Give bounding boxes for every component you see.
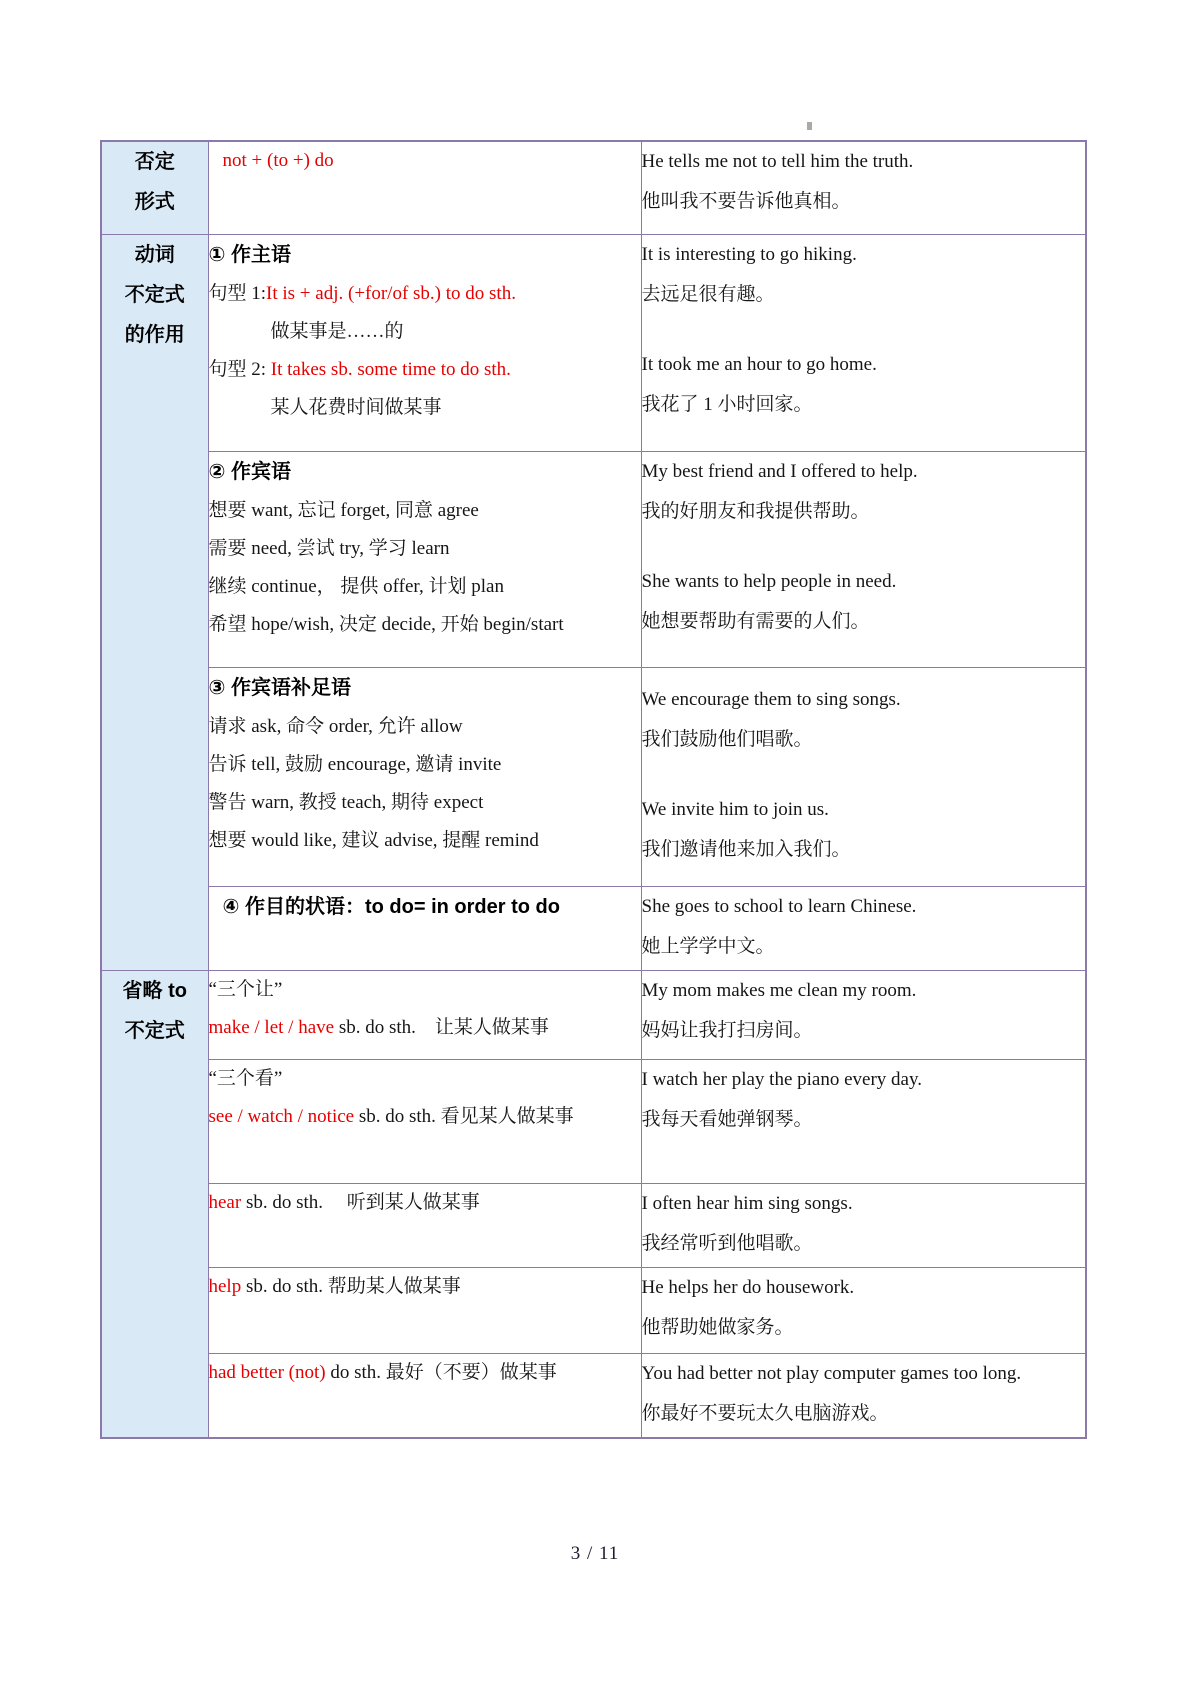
cell-see-watch-notice-examples: I watch her play the piano every day. 我每… <box>641 1059 1086 1183</box>
example-en: I often hear him sing songs. <box>642 1184 1086 1224</box>
section-label-line: 动词 <box>102 235 208 275</box>
pattern-text: It is + adj. (+for/of sb.) to do sth. <box>266 283 516 304</box>
example-gap <box>642 315 1086 345</box>
verb-list-line: 需要 need, 尝试 try, 学习 learn <box>209 530 641 568</box>
row-as-subject: 动词 不定式 的作用 ① 作主语 句型 1:It is + adj. (+for… <box>101 234 1086 451</box>
pattern-rest: sb. do sth. 听到某人做某事 <box>241 1192 480 1213</box>
cell-had-better-pattern: had better (not) do sth. 最好（不要）做某事 <box>208 1353 641 1438</box>
cell-as-object-examples: My best friend and I offered to help. 我的… <box>641 451 1086 667</box>
cell-make-let-have-pattern: “三个让” make / let / have sb. do sth. 让某人做… <box>208 970 641 1059</box>
pattern-meaning: 某人花费时间做某事 <box>209 389 641 427</box>
verb-list-line: 想要 want, 忘记 forget, 同意 agree <box>209 492 641 530</box>
pattern-text: see / watch / notice <box>209 1106 355 1127</box>
example-zh: 她想要帮助有需要的人们。 <box>642 602 1086 642</box>
stray-mark <box>807 122 812 130</box>
example-en: My best friend and I offered to help. <box>642 452 1086 492</box>
negation-pattern-text: not + (to +) do <box>223 150 334 171</box>
row-negation: 否定 形式 not + (to +) do He tells me not to… <box>101 141 1086 234</box>
pattern-text: had better (not) <box>209 1362 326 1383</box>
cell-hear-pattern: hear sb. do sth. 听到某人做某事 <box>208 1183 641 1267</box>
section-label-line: 否定 <box>102 142 208 182</box>
example-zh: 她上学学中文。 <box>642 927 1086 967</box>
pattern-title: “三个看” <box>209 1060 641 1098</box>
section-label-omit-to: 省略 to 不定式 <box>101 970 208 1438</box>
pattern-label: 句型 1: <box>209 283 267 304</box>
section-label-line: 省略 to <box>102 971 208 1011</box>
cell-as-adverbial-examples: She goes to school to learn Chinese. 她上学… <box>641 886 1086 970</box>
pattern-line: see / watch / notice sb. do sth. 看见某人做某事 <box>209 1098 641 1136</box>
usage-heading: ① 作主语 <box>209 235 641 275</box>
cell-as-subject-examples: It is interesting to go hiking. 去远足很有趣。 … <box>641 234 1086 451</box>
verb-list-line: 继续 continue， 提供 offer, 计划 plan <box>209 568 641 606</box>
verb-list-line: 警告 warn, 教授 teach, 期待 expect <box>209 784 641 822</box>
example-zh: 我们邀请他来加入我们。 <box>642 830 1086 870</box>
cell-negation-pattern: not + (to +) do <box>208 141 641 234</box>
pattern-rest: sb. do sth. 帮助某人做某事 <box>241 1276 461 1297</box>
usage-heading: ③ 作宾语补足语 <box>209 668 641 708</box>
cell-hear-examples: I often hear him sing songs. 我经常听到他唱歌。 <box>641 1183 1086 1267</box>
pattern-title: “三个让” <box>209 971 641 1009</box>
pattern-line: hear sb. do sth. 听到某人做某事 <box>209 1184 641 1222</box>
pattern-line: help sb. do sth. 帮助某人做某事 <box>209 1268 641 1306</box>
cell-as-object-complement-verbs: ③ 作宾语补足语 请求 ask, 命令 order, 允许 allow 告诉 t… <box>208 667 641 886</box>
verb-list-line: 请求 ask, 命令 order, 允许 allow <box>209 708 641 746</box>
example-zh: 我经常听到他唱歌。 <box>642 1224 1086 1264</box>
example-en: She goes to school to learn Chinese. <box>642 887 1086 927</box>
example-zh: 我每天看她弹钢琴。 <box>642 1100 1086 1140</box>
example-gap <box>642 760 1086 790</box>
example-gap <box>642 532 1086 562</box>
cell-as-adverbial-pattern: ④ 作目的状语：to do= in order to do <box>208 886 641 970</box>
example-en: She wants to help people in need. <box>642 562 1086 602</box>
example-en: I watch her play the piano every day. <box>642 1060 1086 1100</box>
example-en: We invite him to join us. <box>642 790 1086 830</box>
row-help: help sb. do sth. 帮助某人做某事 He helps her do… <box>101 1267 1086 1353</box>
usage-heading: ④ 作目的状语：to do= in order to do <box>209 887 641 927</box>
pattern-line: had better (not) do sth. 最好（不要）做某事 <box>209 1354 641 1392</box>
example-en: It took me an hour to go home. <box>642 345 1086 385</box>
example-en: You had better not play computer games t… <box>642 1354 1086 1394</box>
example-zh: 我花了 1 小时回家。 <box>642 385 1086 425</box>
example-zh: 我的好朋友和我提供帮助。 <box>642 492 1086 532</box>
row-make-let-have: 省略 to 不定式 “三个让” make / let / have sb. do… <box>101 970 1086 1059</box>
pattern-line: not + (to +) do <box>209 142 641 180</box>
row-as-object-complement: ③ 作宾语补足语 请求 ask, 命令 order, 允许 allow 告诉 t… <box>101 667 1086 886</box>
example-en: It is interesting to go hiking. <box>642 235 1086 275</box>
grammar-table: 否定 形式 not + (to +) do He tells me not to… <box>100 140 1087 1439</box>
row-hear: hear sb. do sth. 听到某人做某事 I often hear hi… <box>101 1183 1086 1267</box>
pattern-label: 句型 2: <box>209 359 271 380</box>
example-zh: 去远足很有趣。 <box>642 275 1086 315</box>
pattern-text: help <box>209 1276 242 1297</box>
pattern-meaning: 做某事是……的 <box>209 313 641 351</box>
example-zh: 他帮助她做家务。 <box>642 1308 1086 1348</box>
example-en: He tells me not to tell him the truth. <box>642 142 1086 182</box>
cell-as-object-verbs: ② 作宾语 想要 want, 忘记 forget, 同意 agree 需要 ne… <box>208 451 641 667</box>
section-label-line: 不定式 <box>102 1011 208 1051</box>
pattern-line: 句型 2: It takes sb. some time to do sth. <box>209 351 641 389</box>
verb-list-line: 希望 hope/wish, 决定 decide, 开始 begin/start <box>209 606 641 644</box>
example-zh: 他叫我不要告诉他真相。 <box>642 182 1086 222</box>
pattern-line: make / let / have sb. do sth. 让某人做某事 <box>209 1009 641 1047</box>
example-en: My mom makes me clean my room. <box>642 971 1086 1011</box>
example-en: We encourage them to sing songs. <box>642 680 1086 720</box>
pattern-rest: do sth. 最好（不要）做某事 <box>326 1362 557 1383</box>
verb-list-line: 想要 would like, 建议 advise, 提醒 remind <box>209 822 641 860</box>
pattern-text: make / let / have <box>209 1017 335 1038</box>
usage-heading: ② 作宾语 <box>209 452 641 492</box>
section-label-verb-infinitive-role: 动词 不定式 的作用 <box>101 234 208 970</box>
section-label-negation: 否定 形式 <box>101 141 208 234</box>
cell-negation-examples: He tells me not to tell him the truth. 他… <box>641 141 1086 234</box>
pattern-rest: sb. do sth. 让某人做某事 <box>334 1017 549 1038</box>
cell-as-object-complement-examples: We encourage them to sing songs. 我们鼓励他们唱… <box>641 667 1086 886</box>
section-label-line: 的作用 <box>102 315 208 355</box>
pattern-text: hear <box>209 1192 242 1213</box>
pattern-line: 句型 1:It is + adj. (+for/of sb.) to do st… <box>209 275 641 313</box>
example-zh: 妈妈让我打扫房间。 <box>642 1011 1086 1051</box>
example-zh: 你最好不要玩太久电脑游戏。 <box>642 1394 1086 1434</box>
cell-help-examples: He helps her do housework. 他帮助她做家务。 <box>641 1267 1086 1353</box>
cell-see-watch-notice-pattern: “三个看” see / watch / notice sb. do sth. 看… <box>208 1059 641 1183</box>
row-see-watch-notice: “三个看” see / watch / notice sb. do sth. 看… <box>101 1059 1086 1183</box>
row-as-object: ② 作宾语 想要 want, 忘记 forget, 同意 agree 需要 ne… <box>101 451 1086 667</box>
verb-list-line: 告诉 tell, 鼓励 encourage, 邀请 invite <box>209 746 641 784</box>
example-en: He helps her do housework. <box>642 1268 1086 1308</box>
cell-help-pattern: help sb. do sth. 帮助某人做某事 <box>208 1267 641 1353</box>
cell-as-subject-patterns: ① 作主语 句型 1:It is + adj. (+for/of sb.) to… <box>208 234 641 451</box>
page-number: 3 / 11 <box>0 1543 1190 1565</box>
pattern-rest: sb. do sth. 看见某人做某事 <box>354 1106 574 1127</box>
document-page: 否定 形式 not + (to +) do He tells me not to… <box>0 0 1190 1683</box>
section-label-line: 形式 <box>102 182 208 222</box>
pattern-text: It takes sb. some time to do sth. <box>271 359 511 380</box>
row-as-adverbial: ④ 作目的状语：to do= in order to do She goes t… <box>101 886 1086 970</box>
cell-had-better-examples: You had better not play computer games t… <box>641 1353 1086 1438</box>
section-label-line: 不定式 <box>102 275 208 315</box>
row-had-better: had better (not) do sth. 最好（不要）做某事 You h… <box>101 1353 1086 1438</box>
cell-make-let-have-examples: My mom makes me clean my room. 妈妈让我打扫房间。 <box>641 970 1086 1059</box>
example-zh: 我们鼓励他们唱歌。 <box>642 720 1086 760</box>
